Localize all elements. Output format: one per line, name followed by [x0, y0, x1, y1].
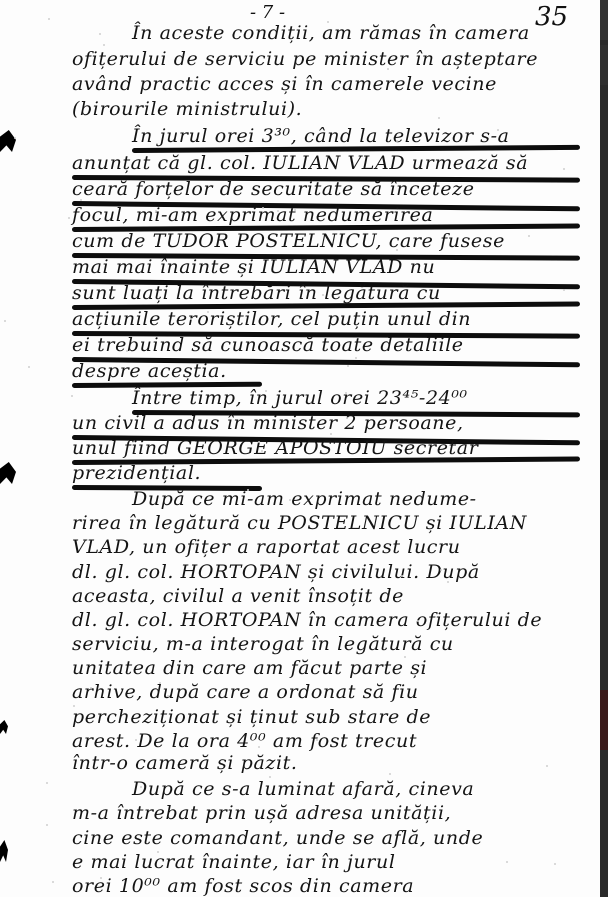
scan-noise-speck: [258, 441, 260, 443]
redacted-text-line: Între timp, în jurul orei 23⁴⁵-24⁰⁰: [132, 387, 468, 409]
scan-noise-speck: [155, 210, 157, 212]
redacted-text-line: acțiunile teroriștilor, cel puțin unul d…: [72, 308, 471, 330]
scan-noise-speck: [71, 395, 73, 397]
scan-noise-speck: [554, 863, 556, 865]
binder-hole-mark: [0, 840, 8, 862]
scan-noise-speck: [269, 776, 271, 778]
scan-noise-speck: [417, 620, 419, 622]
redacted-text-line: anunțat că gl. col. IULIAN VLAD urmează …: [72, 152, 528, 174]
scan-noise-speck: [80, 199, 82, 201]
text-line: unitatea din care am făcut parte și: [72, 657, 427, 679]
redacted-text-line: focul, mi-am exprimat nedumerirea: [72, 204, 433, 226]
scan-noise-speck: [396, 249, 398, 251]
scan-noise-speck: [322, 294, 324, 296]
text-line: (birourile ministrului).: [72, 98, 302, 120]
scan-noise-speck: [447, 581, 449, 583]
text-line: După ce s-a luminat afară, cineva: [132, 778, 474, 800]
page-number: 35: [535, 2, 568, 32]
scan-noise-speck: [289, 499, 291, 501]
text-line: cine este comandant, unde se află, unde: [72, 827, 483, 849]
redacted-text-line: un civil a adus în minister 2 persoane,: [72, 412, 464, 434]
scan-noise-speck: [316, 739, 318, 741]
scan-noise-speck: [190, 318, 192, 320]
scan-noise-speck: [546, 765, 548, 767]
text-line: având practic acces și în camerele vecin…: [72, 73, 497, 95]
scan-noise-speck: [438, 117, 440, 119]
scan-noise-speck: [404, 656, 406, 658]
scan-noise-speck: [265, 390, 267, 392]
binder-hole-mark: [0, 130, 16, 152]
scan-noise-speck: [401, 575, 403, 577]
text-line: rirea în legătură cu POSTELNICU și IULIA…: [72, 512, 527, 534]
text-line: percheziționat și ținut sub stare de: [72, 706, 431, 728]
text-line: într-o cameră și păzit.: [72, 752, 298, 774]
scan-noise-speck: [126, 350, 128, 352]
scan-noise-speck: [277, 210, 279, 212]
scan-noise-speck: [159, 682, 161, 684]
text-line: dl. gl. col. HORTOPAN și civilului. După: [72, 561, 480, 583]
redacted-text-line: În jurul orei 3³⁰, când la televizor s-a: [132, 125, 510, 147]
scan-noise-speck: [73, 705, 75, 707]
scan-noise-speck: [262, 207, 264, 209]
scan-noise-speck: [207, 311, 209, 313]
scan-noise-speck: [261, 450, 263, 452]
scan-noise-speck: [345, 392, 347, 394]
text-line: arhive, după care a ordonat să fiu: [72, 681, 419, 703]
scan-noise-speck: [52, 881, 54, 883]
scan-noise-speck: [330, 433, 332, 435]
scan-noise-speck: [167, 695, 169, 697]
binder-hole-mark: [0, 720, 8, 734]
binder-hole-mark: [0, 462, 16, 484]
scan-noise-speck: [4, 320, 6, 322]
text-line: aceasta, civilul a venit însoțit de: [72, 585, 404, 607]
text-line: dl. gl. col. HORTOPAN în camera ofițerul…: [72, 609, 542, 631]
redacted-text-line: ei trebuind să cunoască toate detaliile: [72, 334, 464, 356]
scan-noise-speck: [140, 786, 142, 788]
scan-noise-speck: [506, 861, 508, 863]
redacted-text-line: mai mai înainte și IULIAN VLAD nu: [72, 256, 435, 278]
text-line: orei 10⁰⁰ am fost scos din camera: [72, 875, 414, 897]
scan-noise-speck: [14, 137, 16, 139]
scan-noise-speck: [563, 168, 565, 170]
scan-noise-speck: [563, 289, 565, 291]
scan-noise-speck: [355, 357, 357, 359]
scan-noise-speck: [346, 417, 348, 419]
text-line: În aceste condiții, am rămas în camera: [132, 22, 530, 44]
redacted-text-line: ceară forțelor de securitate să înceteze: [72, 178, 475, 200]
scan-noise-speck: [135, 739, 137, 741]
viewer-side-panel-edge: [600, 0, 608, 897]
scan-noise-speck: [294, 209, 296, 211]
text-line: arest. De la ora 4⁰⁰ am fost trecut: [72, 730, 417, 752]
redacted-text-line: sunt luați la întrebări în legătură cu: [72, 282, 441, 304]
scan-noise-speck: [99, 33, 101, 35]
scan-noise-speck: [265, 80, 267, 82]
scanned-document-page: - 7 - 35 În aceste condiții, am rămas în…: [0, 0, 600, 897]
redacted-text-line: cum de TUDOR POSTELNICU, care fusese: [72, 230, 505, 252]
scan-noise-speck: [389, 773, 391, 775]
scan-noise-speck: [48, 18, 50, 20]
scan-noise-speck: [247, 489, 249, 491]
scan-noise-speck: [103, 44, 105, 46]
scan-noise-speck: [90, 687, 92, 689]
scan-noise-speck: [528, 235, 530, 237]
scan-noise-speck: [258, 746, 260, 748]
scan-noise-speck: [46, 824, 48, 826]
scan-noise-speck: [327, 21, 329, 23]
redacted-text-line: despre aceștia.: [72, 360, 227, 382]
scan-noise-speck: [46, 782, 48, 784]
text-line: e mai lucrat înainte, iar în jurul: [72, 851, 396, 873]
scan-noise-speck: [387, 68, 389, 70]
scan-noise-speck: [497, 129, 499, 131]
text-line: m-a întrebat prin ușă adresa unității,: [72, 802, 451, 824]
text-line: ofițerului de serviciu pe minister în aș…: [72, 48, 538, 70]
scan-noise-speck: [157, 851, 159, 853]
text-line: VLAD, un ofițer a raportat acest lucru: [72, 536, 461, 558]
page-marker: - 7 -: [250, 2, 285, 23]
scan-noise-speck: [396, 140, 398, 142]
scan-noise-speck: [100, 877, 102, 879]
scan-noise-speck: [440, 569, 442, 571]
scan-noise-speck: [28, 366, 30, 368]
text-line: După ce mi-am exprimat nedume-: [132, 488, 477, 510]
redacted-text-line: prezidențial.: [72, 462, 201, 484]
text-line: serviciu, m-a interogat în legătură cu: [72, 633, 454, 655]
scan-noise-speck: [347, 365, 349, 367]
redacted-text-line: unul fiind GEORGE APOSTOIU secretar: [72, 437, 478, 459]
scan-noise-speck: [68, 217, 70, 219]
